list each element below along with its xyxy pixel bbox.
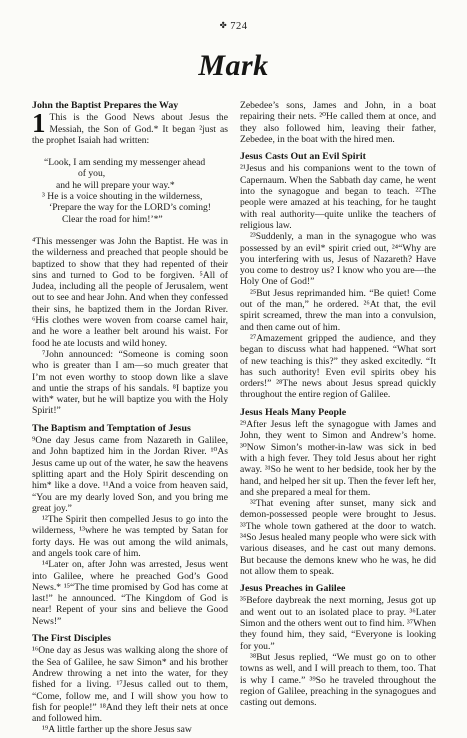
section-heading: John the Baptist Prepares the Way xyxy=(32,100,228,111)
verse-paragraph: ⁴This messenger was John the Baptist. He… xyxy=(32,236,228,349)
left-column: John the Baptist Prepares the Way1This i… xyxy=(32,100,228,736)
verse-paragraph: ²³Suddenly, a man in the synagogue who w… xyxy=(240,231,436,287)
chapter-opening-paragraph: 1This is the Good News about Jesus the M… xyxy=(32,112,228,146)
poetry-line: ³ He is a voice shouting in the wilderne… xyxy=(32,191,228,202)
verse-paragraph: ¹²The Spirit then compelled Jesus to go … xyxy=(32,514,228,559)
verse-paragraph: ³²That evening after sunset, many sick a… xyxy=(240,498,436,577)
verse-paragraph: ²¹Jesus and his companions went to the t… xyxy=(240,163,436,231)
right-column: Zebedee’s sons, James and John, in a boa… xyxy=(240,100,436,736)
book-title: Mark xyxy=(0,49,467,83)
poetry-block: “Look, I am sending my messenger aheadof… xyxy=(32,157,228,225)
verse-paragraph: ⁹One day Jesus came from Nazareth in Gal… xyxy=(32,435,228,514)
poetry-line: “Look, I am sending my messenger ahead xyxy=(32,157,228,168)
section-heading: Jesus Heals Many People xyxy=(240,407,436,418)
verse-paragraph: Zebedee’s sons, James and John, in a boa… xyxy=(240,100,436,145)
text-columns: John the Baptist Prepares the Way1This i… xyxy=(32,100,436,736)
poetry-line: Clear the road for him!’*” xyxy=(32,214,228,225)
verse-paragraph: ⁷John announced: “Someone is coming soon… xyxy=(32,349,228,417)
section-heading: The First Disciples xyxy=(32,633,228,644)
section-heading: Jesus Casts Out an Evil Spirit xyxy=(240,151,436,162)
ornament-icon: ✤ xyxy=(220,21,228,31)
page-number: 724 xyxy=(230,21,247,32)
section-heading: Jesus Preaches in Galilee xyxy=(240,583,436,594)
verse-paragraph: ³⁸But Jesus replied, “We must go on to o… xyxy=(240,652,436,708)
bible-page: ✤724 Mark John the Baptist Prepares the … xyxy=(0,0,467,738)
verse-paragraph: ²⁹After Jesus left the synagogue with Ja… xyxy=(240,419,436,498)
verse-paragraph: ¹⁴Later on, after John was arrested, Jes… xyxy=(32,559,228,627)
verse-paragraph: ¹⁹A little farther up the shore Jesus sa… xyxy=(32,724,228,735)
section-heading: The Baptism and Temptation of Jesus xyxy=(32,423,228,434)
verse-paragraph: ¹⁶One day as Jesus was walking along the… xyxy=(32,645,228,724)
poetry-line: and he will prepare your way.* xyxy=(32,180,228,191)
verse-paragraph: ³⁵Before daybreak the next morning, Jesu… xyxy=(240,595,436,651)
verse-paragraph: ²⁵But Jesus reprimanded him. “Be quiet! … xyxy=(240,288,436,333)
running-head: ✤724 xyxy=(0,0,467,32)
poetry-line: ‘Prepare the way for the LORD’s coming! xyxy=(32,202,228,213)
poetry-line: of you, xyxy=(32,168,228,179)
chapter-number: 1 xyxy=(32,112,50,134)
verse-paragraph: ²⁷Amazement gripped the audience, and th… xyxy=(240,333,436,401)
